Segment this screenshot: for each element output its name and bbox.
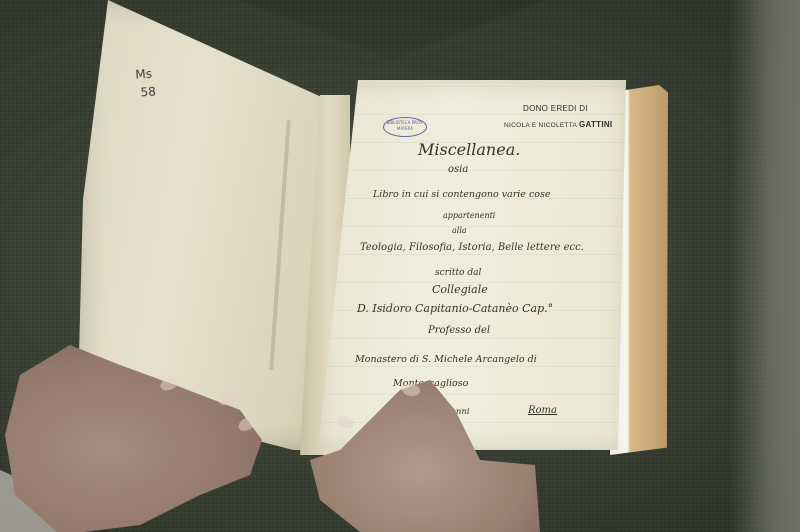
donor-name: GATTINI bbox=[579, 120, 613, 129]
shelfmark-line-2: 58 bbox=[140, 82, 156, 101]
manuscript-line: Libro in cui si contengono varie cose bbox=[373, 189, 550, 200]
manuscript-line: scritto dal bbox=[435, 268, 481, 278]
donor-line-2: NICOLA E NICOLETTA GATTINI bbox=[504, 120, 612, 129]
background-wall bbox=[730, 0, 800, 532]
manuscript-line: osia bbox=[448, 164, 468, 175]
manuscript-line: Collegiale bbox=[432, 283, 488, 296]
donor-prefix: NICOLA E NICOLETTA bbox=[504, 122, 577, 129]
manuscript-line: D. Isidoro Capitanio-Catanèo Cap.° bbox=[357, 302, 553, 315]
title-page bbox=[318, 80, 626, 450]
manuscript-line: Teologia, Filosofia, Istoria, Belle lett… bbox=[360, 242, 584, 253]
manuscript-place: Roma bbox=[528, 405, 557, 416]
manuscript-line: appartenenti bbox=[443, 211, 495, 220]
library-stamp: BIBLIOTECA PROV. MATERA bbox=[383, 117, 427, 137]
manuscript-line: alla bbox=[452, 226, 467, 235]
manuscript-title: Miscellanea. bbox=[418, 140, 520, 159]
manuscript-line: Monastero di S. Michele Arcangelo di bbox=[355, 354, 537, 365]
shelfmark: Ms 58 bbox=[135, 64, 157, 101]
cover-crease bbox=[269, 120, 290, 370]
shelfmark-line-1: Ms bbox=[135, 64, 155, 83]
manuscript-line: Professo del bbox=[428, 325, 490, 336]
donor-line-1: DONO EREDI DI bbox=[523, 104, 588, 113]
